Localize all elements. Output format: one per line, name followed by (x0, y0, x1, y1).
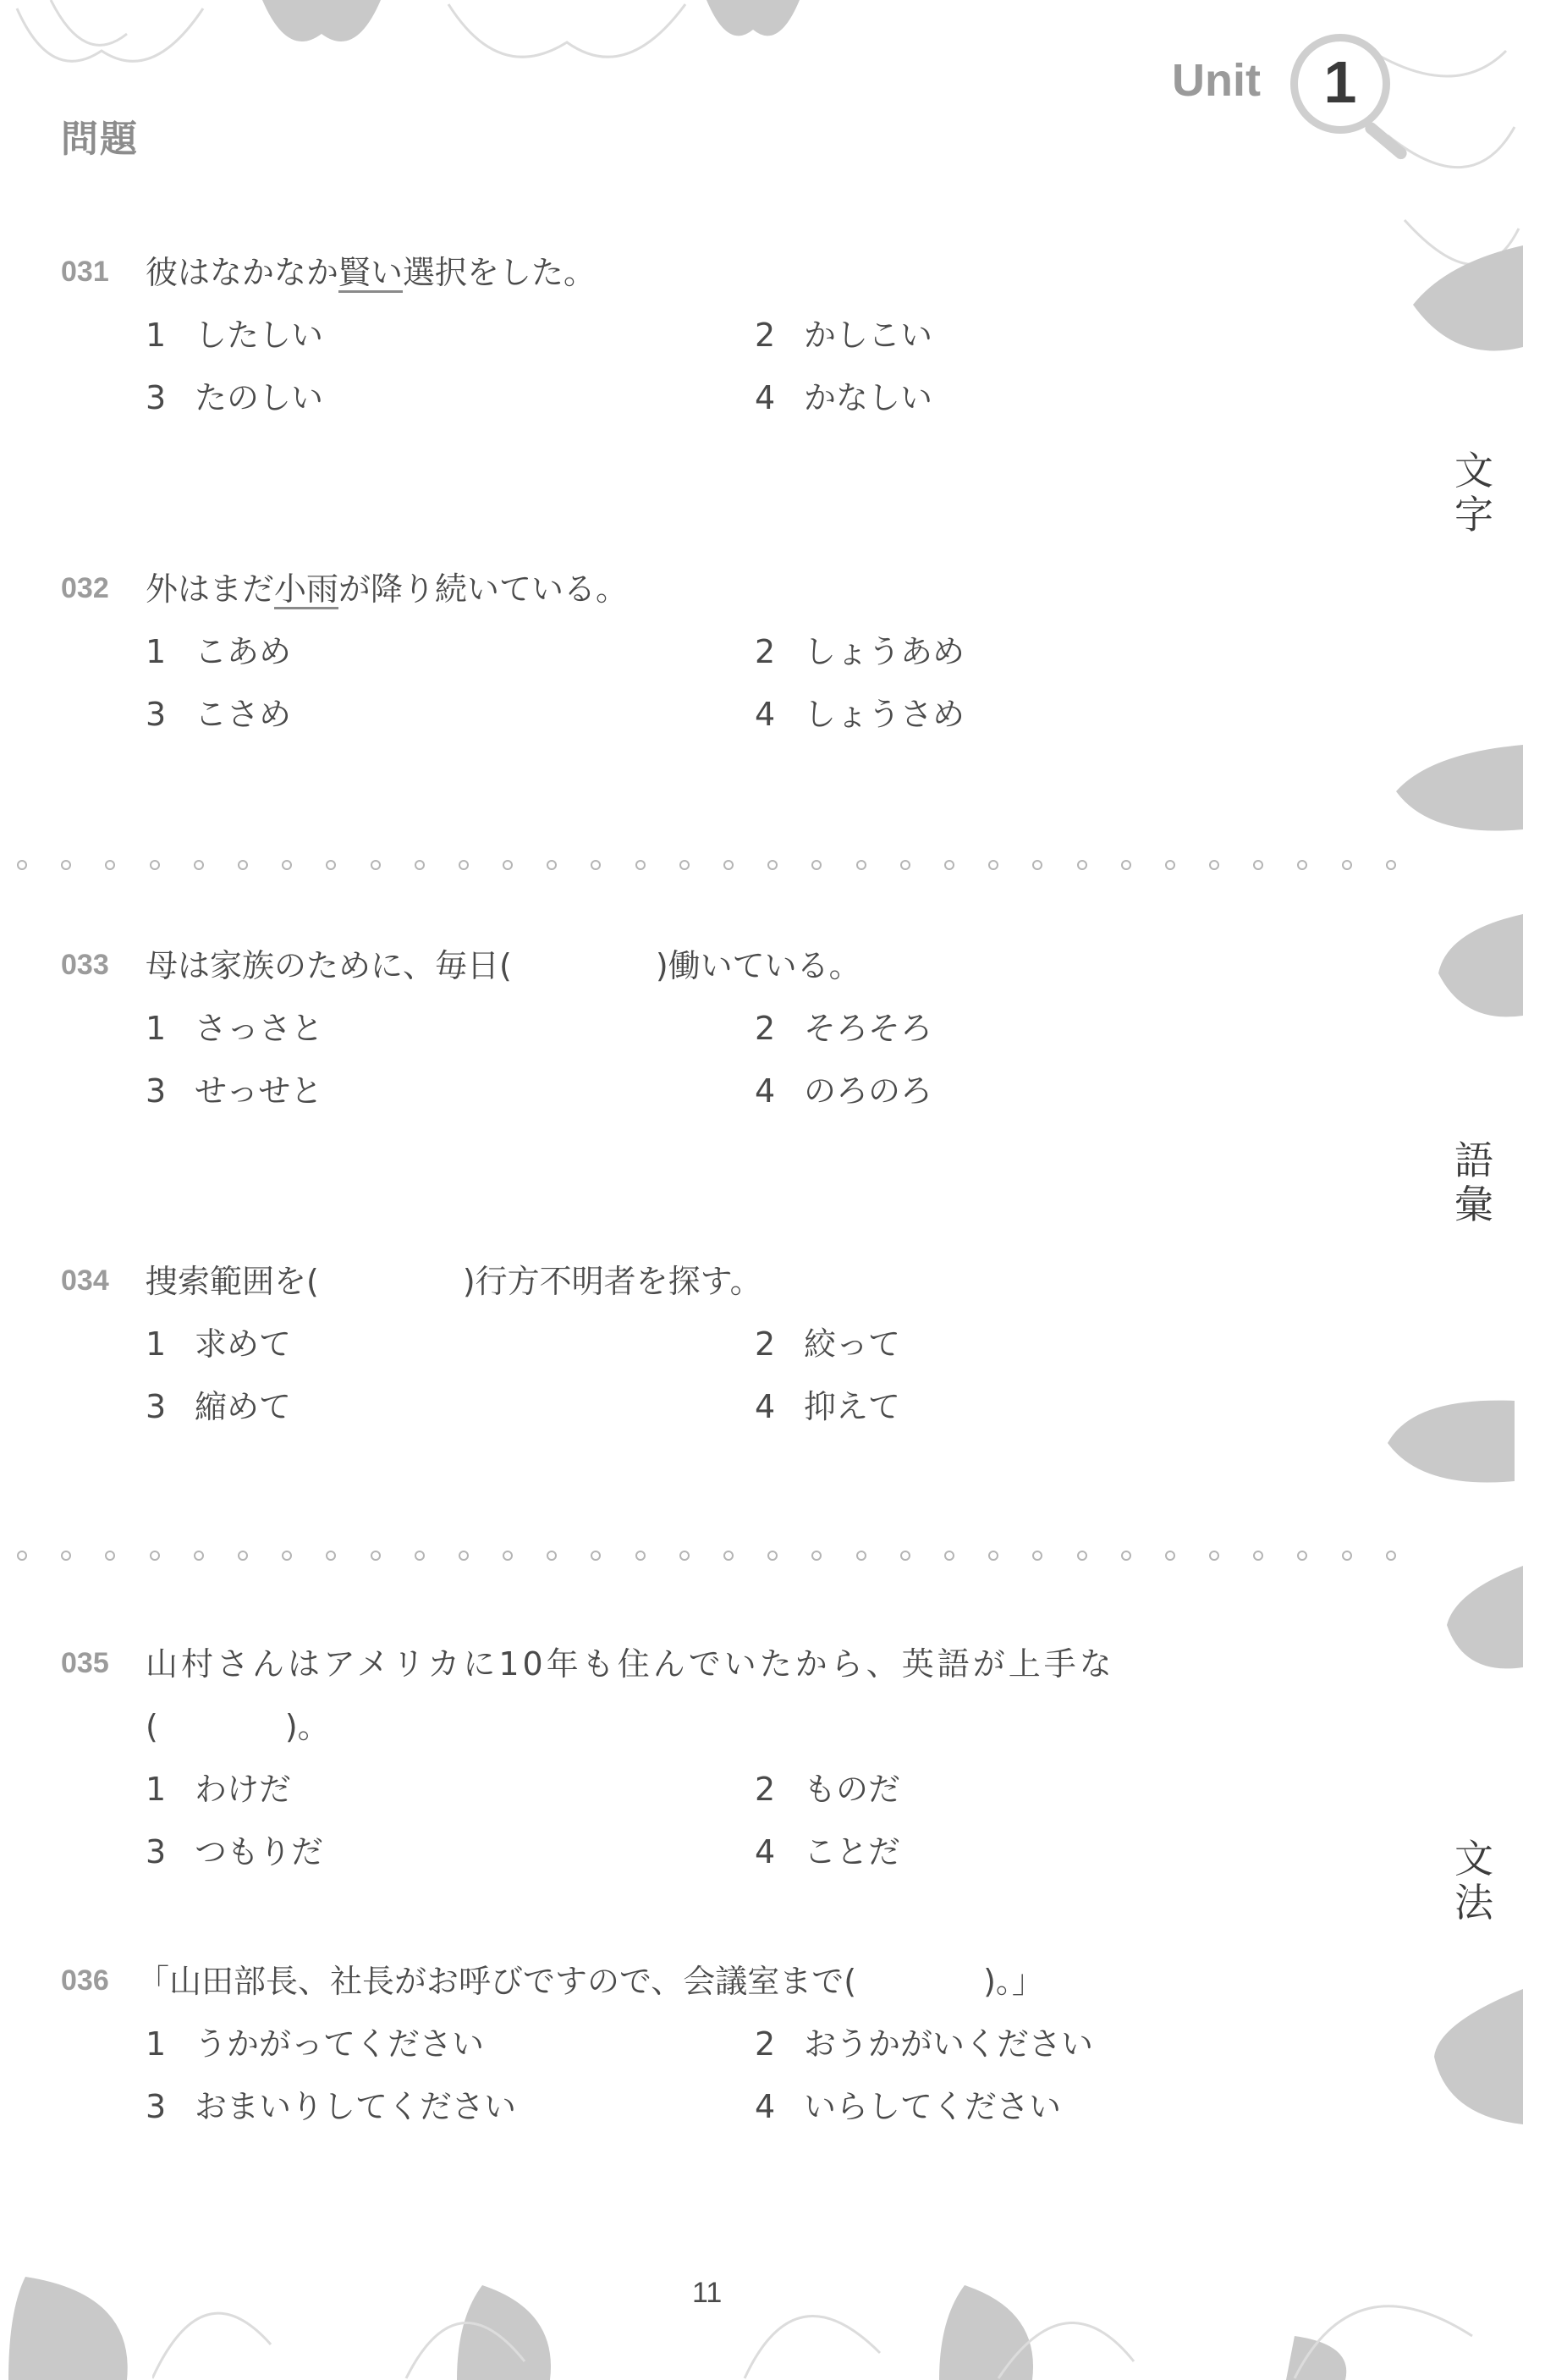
option-1[interactable]: 1わけだ (146, 1767, 291, 1811)
option-number: 1 (146, 1006, 195, 1050)
option-text: つもりだ (195, 1833, 323, 1870)
side-tab-bunpo: 文法 (1449, 1837, 1499, 1925)
flower-decoration-icon (1413, 245, 1523, 364)
stem-text: 捜索範囲を( (146, 1263, 319, 1300)
side-tab-label: 語彙 (1452, 1138, 1496, 1226)
question-035: 035 山村さんはアメリカに10年も住んでいたから、英語が上手な ()。 1わけ… (61, 1642, 1381, 1879)
question-036: 036 「山田部長、社長がお呼びですので、会議室まで()。」 1うかがってくださ… (61, 1959, 1381, 2129)
option-number: 4 (755, 1385, 804, 1429)
option-text: おまいりしてください (195, 2088, 516, 2125)
option-number: 4 (755, 692, 804, 736)
section-title: 問題 (61, 108, 139, 163)
stem-text: 外はまだ (146, 570, 274, 608)
option-text: 縮めて (195, 1388, 291, 1425)
option-4[interactable]: 4かなしい (755, 376, 932, 420)
side-tab-goi: 語彙 (1449, 1138, 1499, 1226)
option-text: たのしい (195, 379, 323, 416)
option-text: のろのろ (804, 1072, 932, 1110)
question-stem: 捜索範囲を()行方不明者を探す。 (146, 1259, 762, 1303)
question-number: 032 (61, 572, 109, 605)
option-number: 2 (755, 1767, 804, 1811)
option-1[interactable]: 1したしい (146, 313, 323, 357)
option-3[interactable]: 3おまいりしてください (146, 2085, 516, 2129)
option-4[interactable]: 4ことだ (755, 1830, 900, 1874)
option-number: 4 (755, 376, 804, 420)
option-text: こさめ (195, 696, 291, 733)
option-number: 4 (755, 1069, 804, 1113)
dotted-divider (17, 858, 1396, 872)
unit-label: Unit (1172, 54, 1261, 107)
option-text: わけだ (195, 1771, 291, 1808)
option-text: しょうあめ (804, 633, 965, 670)
option-3[interactable]: 3縮めて (146, 1385, 291, 1429)
option-2[interactable]: 2しょうあめ (755, 630, 965, 674)
option-number: 2 (755, 630, 804, 674)
flower-outline-decoration-icon (440, 0, 694, 93)
flower-decoration-icon (1388, 1397, 1515, 1490)
option-number: 3 (146, 1830, 195, 1874)
question-stem: 外はまだ小雨が降り続いている。 (146, 567, 628, 611)
dotted-divider (17, 1549, 1396, 1562)
option-number: 3 (146, 1069, 195, 1113)
stem-text: 「山田部長、社長がお呼びですので、会議室まで( (137, 1963, 856, 2000)
flower-decoration-icon (1396, 745, 1523, 838)
flower-decoration-icon (8, 2277, 135, 2380)
stem-text: ( (146, 1708, 158, 1745)
option-number: 2 (755, 313, 804, 357)
question-number: 036 (61, 1964, 109, 1997)
option-number: 1 (146, 2022, 195, 2066)
option-number: 4 (755, 1830, 804, 1874)
flower-outline-decoration-icon (152, 2260, 1506, 2380)
stem-text: 母は家族のために、毎日( (146, 947, 512, 984)
option-text: さっさと (195, 1010, 323, 1047)
option-text: おうかがいください (804, 2025, 1093, 2063)
side-tab-label: 文法 (1452, 1837, 1496, 1925)
option-2[interactable]: 2かしこい (755, 313, 932, 357)
option-text: かなしい (804, 379, 932, 416)
option-text: いらしてください (804, 2088, 1061, 2125)
option-number: 3 (146, 376, 195, 420)
question-number: 034 (61, 1264, 109, 1297)
question-034: 034 捜索範囲を()行方不明者を探す。 1求めて 2絞って 3縮めて 4抑えて (61, 1259, 1381, 1429)
underlined-word: 小雨 (274, 570, 338, 608)
option-text: ものだ (804, 1771, 900, 1808)
stem-text: )働いている。 (656, 947, 861, 984)
underlined-word: 賢い (338, 254, 403, 291)
page-number: 11 (692, 2277, 722, 2310)
option-3[interactable]: 3こさめ (146, 692, 291, 736)
option-number: 2 (755, 1006, 804, 1050)
question-stem: 母は家族のために、毎日()働いている。 (146, 944, 861, 988)
option-number: 3 (146, 2085, 195, 2129)
option-text: しょうさめ (804, 696, 965, 733)
flower-decoration-icon (254, 0, 389, 68)
question-number: 033 (61, 949, 109, 982)
option-text: こあめ (195, 633, 291, 670)
flower-decoration-icon (1430, 1989, 1523, 2124)
option-3[interactable]: 3せっせと (146, 1069, 322, 1113)
stem-text: 選択をした。 (403, 254, 596, 291)
question-032: 032 外はまだ小雨が降り続いている。 1こあめ 2しょうあめ 3こさめ 4しょ… (61, 567, 1381, 736)
stem-text: )行方不明者を探す。 (463, 1263, 762, 1300)
option-4[interactable]: 4いらしてください (755, 2085, 1061, 2129)
question-stem: 彼はなかなか賢い選択をした。 (146, 251, 596, 295)
flower-decoration-icon (1447, 1566, 1523, 1676)
option-1[interactable]: 1こあめ (146, 630, 291, 674)
magnifier-icon: 1 (1290, 34, 1390, 134)
option-number: 4 (755, 2085, 804, 2129)
option-1[interactable]: 1求めて (146, 1322, 291, 1366)
option-3[interactable]: 3たのしい (146, 376, 323, 420)
option-2[interactable]: 2そろそろ (755, 1006, 932, 1050)
option-3[interactable]: 3つもりだ (146, 1830, 323, 1874)
stem-text: )。」 (983, 1963, 1044, 2000)
option-text: そろそろ (804, 1010, 932, 1047)
side-tab-label: 文字 (1452, 449, 1496, 537)
option-number: 1 (146, 1767, 195, 1811)
question-number: 035 (61, 1647, 109, 1680)
option-2[interactable]: 2ものだ (755, 1767, 900, 1811)
unit-number: 1 (1298, 48, 1383, 116)
option-number: 3 (146, 1385, 195, 1429)
question-stem-line2: ()。 (146, 1705, 330, 1749)
option-4[interactable]: 4抑えて (755, 1385, 900, 1429)
option-number: 1 (146, 313, 195, 357)
option-4[interactable]: 4しょうさめ (755, 692, 965, 736)
option-1[interactable]: 1さっさと (146, 1006, 323, 1050)
option-number: 1 (146, 630, 195, 674)
question-stem: 「山田部長、社長がお呼びですので、会議室まで()。」 (137, 1959, 1044, 2003)
option-text: うかがってください (195, 2025, 484, 2063)
flower-decoration-icon (702, 0, 804, 59)
question-031: 031 彼はなかなか賢い選択をした。 1したしい 2かしこい 3たのしい 4かな… (61, 251, 1381, 420)
option-1[interactable]: 1うかがってください (146, 2022, 484, 2066)
option-number: 1 (146, 1322, 195, 1366)
flower-outline-decoration-icon (0, 0, 220, 102)
option-4[interactable]: 4のろのろ (755, 1069, 932, 1113)
side-tab-moji: 文字 (1449, 449, 1499, 537)
page-margin (1523, 0, 1556, 2380)
option-text: せっせと (195, 1072, 322, 1110)
question-stem: 山村さんはアメリカに10年も住んでいたから、英語が上手な (146, 1642, 1115, 1686)
option-text: ことだ (804, 1833, 900, 1870)
option-number: 3 (146, 692, 195, 736)
option-text: 絞って (804, 1325, 900, 1363)
option-text: したしい (195, 317, 323, 354)
stem-text: )。 (285, 1708, 330, 1745)
option-2[interactable]: 2おうかがいください (755, 2022, 1093, 2066)
stem-text: が降り続いている。 (338, 570, 628, 608)
question-033: 033 母は家族のために、毎日()働いている。 1さっさと 2そろそろ 3せっせ… (61, 944, 1381, 1113)
option-text: 抑えて (804, 1388, 900, 1425)
flower-decoration-icon (1430, 914, 1523, 1024)
option-text: かしこい (804, 317, 932, 354)
question-number: 031 (61, 256, 109, 289)
option-2[interactable]: 2絞って (755, 1322, 900, 1366)
option-number: 2 (755, 1322, 804, 1366)
option-number: 2 (755, 2022, 804, 2066)
stem-text: 彼はなかなか (146, 254, 338, 291)
option-text: 求めて (195, 1325, 291, 1363)
